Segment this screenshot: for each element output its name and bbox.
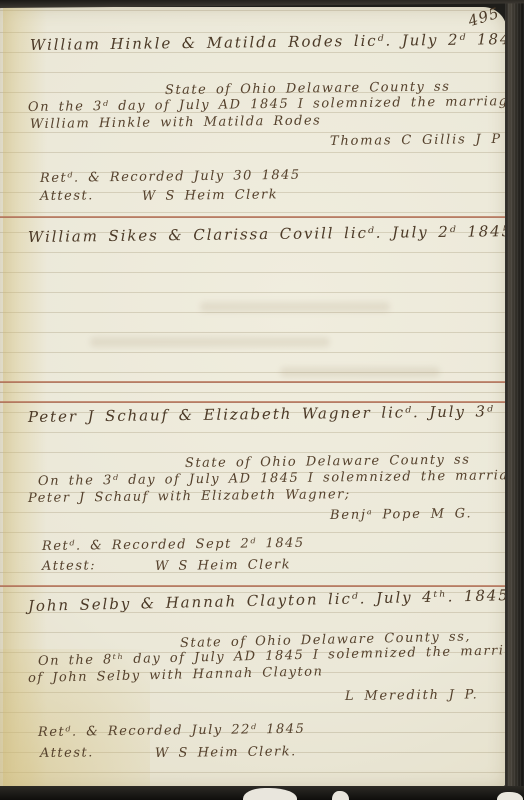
officiant-signature: Benjᵃ Pope M G. <box>330 506 473 523</box>
scanned-ledger-page: William Hinkle & Matilda Rodes licᵈ. Jul… <box>0 0 524 800</box>
red-separator <box>0 216 507 218</box>
ink-bleed-smudge <box>90 337 330 347</box>
recorded-line: Retᵈ. & Recorded July 30 1845 <box>40 168 301 186</box>
paper-sheet: William Hinkle & Matilda Rodes licᵈ. Jul… <box>0 7 507 789</box>
ink-bleed-smudge <box>280 367 440 377</box>
clerk-signature: W S Heim Clerk <box>155 557 291 574</box>
red-separator <box>0 381 507 383</box>
clerk-signature: W S Heim Clerk. <box>155 744 297 761</box>
attest-label: Attest. <box>40 188 94 204</box>
officiant-signature: L Meredith J P. <box>345 687 479 704</box>
ink-bleed-smudge <box>200 302 390 312</box>
paper-chip <box>332 791 349 800</box>
red-separator <box>0 585 507 587</box>
clerk-signature: W S Heim Clerk <box>142 187 278 204</box>
officiant-signature: Thomas C Gillis J P <box>330 132 502 149</box>
paper-chip <box>497 792 523 800</box>
recorded-line: Retᵈ. & Recorded Sept 2ᵈ 1845 <box>42 536 305 554</box>
book-edge-right <box>505 0 524 800</box>
attest-label: Attest. <box>40 745 94 761</box>
attest-label: Attest: <box>42 558 96 574</box>
